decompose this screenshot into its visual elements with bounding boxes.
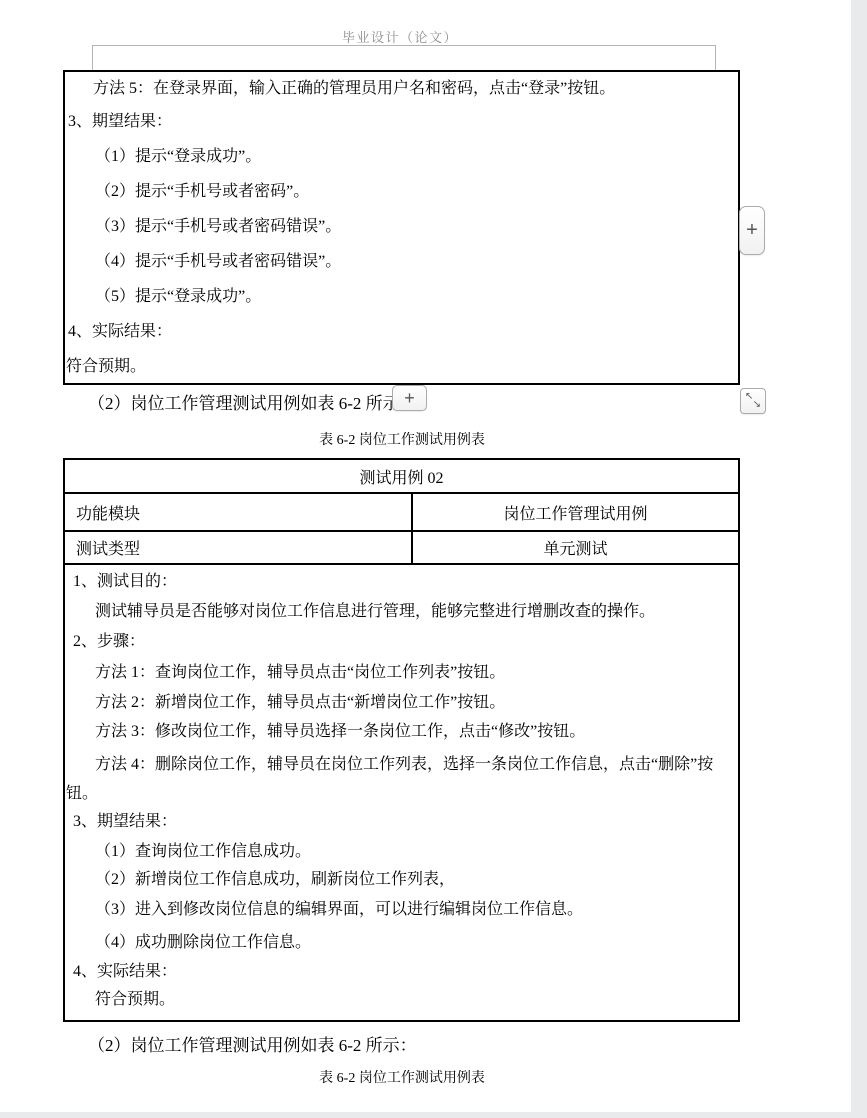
table2-meta-row: 测试类型 单元测试 xyxy=(65,532,738,565)
document-page: 毕业设计（论文） 方法 5：在登录界面，输入正确的管理员用户名和密码，点击“登录… xyxy=(0,0,867,1118)
table1-line: 符合预期。 xyxy=(66,358,146,376)
table1-line: （5）提示“登录成功”。 xyxy=(95,288,261,306)
table2-meta-row: 功能模块 岗位工作管理试用例 xyxy=(65,494,738,532)
footer-paragraph: （2）岗位工作管理测试用例如表 6-2 所示： xyxy=(88,1031,417,1056)
table1-line: 方法 5：在登录界面，输入正确的管理员用户名和密码，点击“登录”按钮。 xyxy=(93,80,615,98)
table2-line: 方法 4：删除岗位工作，辅导员在岗位工作列表，选择一条岗位工作信息，点击“删除”… xyxy=(95,756,713,774)
table1-line: 3、期望结果： xyxy=(68,113,172,131)
table2-meta-value: 岗位工作管理试用例 xyxy=(413,494,738,530)
section-paragraph: （2）岗位工作管理测试用例如表 6-2 所示： xyxy=(88,389,417,414)
page-bottom-margin-strip xyxy=(0,1112,852,1118)
table2-line: （2）新增岗位工作信息成功，刷新岗位工作列表， xyxy=(95,871,455,889)
add-row-button[interactable]: + xyxy=(739,206,765,255)
arrow-down-right-icon: ↘ xyxy=(753,400,761,410)
table1-line: （3）提示“手机号或者密码错误”。 xyxy=(95,218,341,236)
table2-case-title: 测试用例 02 xyxy=(359,465,443,488)
table2-line: 方法 2：新增岗位工作，辅导员点击“新增岗位工作”按钮。 xyxy=(95,694,505,712)
table-caption: 表 6-2 岗位工作测试用例表 xyxy=(0,429,804,449)
expand-resize-button[interactable]: ↖ ↘ xyxy=(740,388,766,414)
test-case-01-table: 方法 5：在登录界面，输入正确的管理员用户名和密码，点击“登录”按钮。 3、期望… xyxy=(63,70,740,385)
test-case-02-table: 测试用例 02 功能模块 岗位工作管理试用例 测试类型 单元测试 1、测试目的：… xyxy=(63,458,740,1022)
table2-line: 钮。 xyxy=(66,785,98,803)
table2-body-cell: 1、测试目的： 测试辅导员是否能够对岗位工作信息进行管理，能够完整进行增删改查的… xyxy=(65,565,738,1020)
table2-line: 符合预期。 xyxy=(95,991,175,1009)
table1-line: （2）提示“手机号或者密码”。 xyxy=(95,183,309,201)
plus-icon: + xyxy=(404,388,415,409)
table2-line: 方法 1：查询岗位工作，辅导员点击“岗位工作列表”按钮。 xyxy=(95,664,505,682)
table2-line: 测试辅导员是否能够对岗位工作信息进行管理，能够完整进行增删改查的操作。 xyxy=(95,603,655,621)
table2-line: （4）成功删除岗位工作信息。 xyxy=(95,934,311,952)
plus-icon: + xyxy=(746,219,758,242)
table1-line: （1）提示“登录成功”。 xyxy=(95,148,261,166)
insert-table-button[interactable]: + xyxy=(392,385,427,411)
table2-line: 3、期望结果： xyxy=(73,813,177,831)
table2-meta-value: 单元测试 xyxy=(413,532,738,563)
table2-line: 1、测试目的： xyxy=(73,573,177,591)
table1-line: （4）提示“手机号或者密码错误”。 xyxy=(95,253,341,271)
table2-line: 2、步骤： xyxy=(73,633,145,651)
table2-title-row: 测试用例 02 xyxy=(65,460,738,494)
table1-line: 4、实际结果： xyxy=(68,323,172,341)
table2-line: （3）进入到修改岗位信息的编辑界面，可以进行编辑岗位工作信息。 xyxy=(95,901,583,919)
table2-line: （1）查询岗位工作信息成功。 xyxy=(95,843,311,861)
table2-line: 方法 3：修改岗位工作，辅导员选择一条岗位工作，点击“修改”按钮。 xyxy=(95,723,585,741)
table2-meta-label: 功能模块 xyxy=(65,494,413,530)
footer-table-caption: 表 6-2 岗位工作测试用例表 xyxy=(0,1067,804,1087)
table2-meta-label: 测试类型 xyxy=(65,532,413,563)
document-header-title: 毕业设计（论文） xyxy=(0,27,800,46)
page-right-margin-strip xyxy=(851,0,867,1118)
table2-line: 4、实际结果： xyxy=(73,963,177,981)
